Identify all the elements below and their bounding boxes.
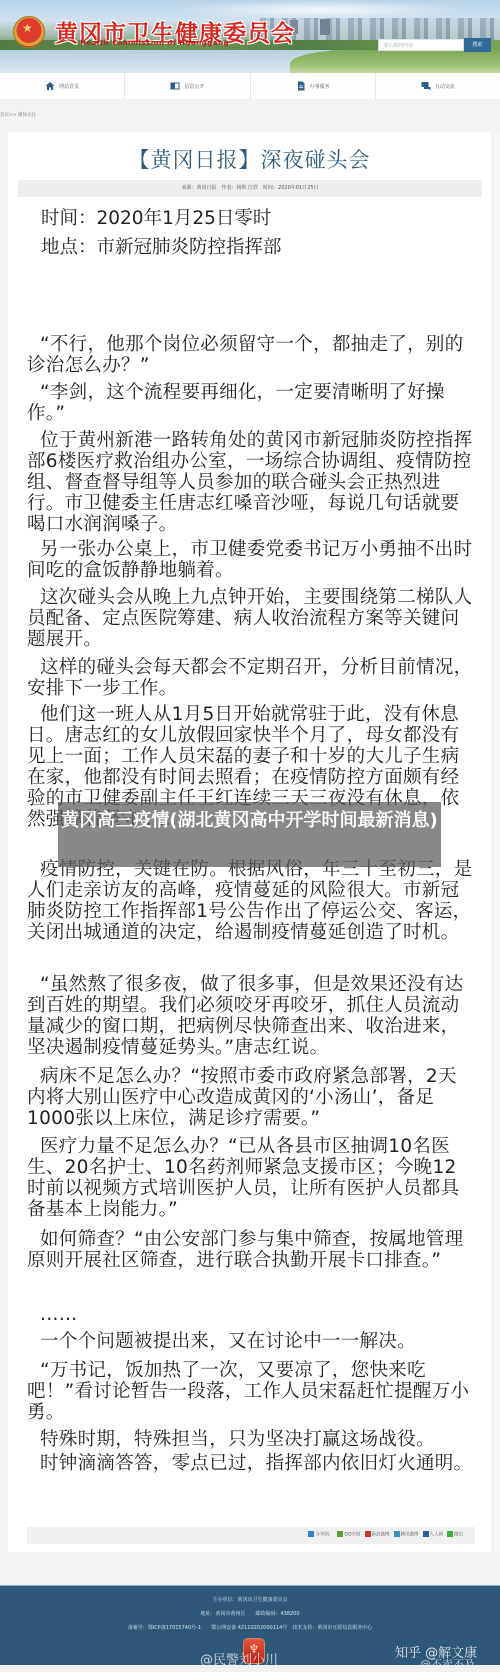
paragraph: 时钟滴滴答答，零点已过，指挥部内依旧灯火通明。 <box>27 1453 475 1474</box>
share-wechat[interactable]: 微信 <box>447 1531 463 1538</box>
paragraph: 另一张办公桌上，市卫健委党委书记万小勇抽不出时间吃的盒饭静静地躺着。 <box>27 539 475 581</box>
paragraph: 医疗力量不足怎么办？“已从各县市区抽调10名医生、20名护士、10名药剂师紧急支… <box>27 1136 475 1220</box>
search-input[interactable]: 请示我的内容 <box>378 39 464 51</box>
banner-tower <box>320 19 330 35</box>
site-footer: 主办单位：黄冈市卫生健康委员会 地址：黄冈市黄州区 邮政编码：438200 备案… <box>0 1585 500 1672</box>
footer-sponsor: 主办单位：黄冈市卫生健康委员会 <box>0 1596 500 1603</box>
footer-address: 地址：黄冈市黄州区 邮政编码：438200 <box>0 1610 500 1617</box>
paragraph: 如何筛查？“由公安部门参与集中筛查，按属地管理原则开展社区筛查，进行联合执勤开展… <box>27 1229 475 1271</box>
banner-water <box>0 50 330 73</box>
chat-icon <box>421 81 431 91</box>
caption-overlay: 黄冈高三疫情(湖北黄冈高中开学时间最新消息) <box>58 802 441 867</box>
national-emblem-icon: ★ <box>13 16 45 48</box>
footer-record[interactable]: 备案号：鄂ICP备17015740号-1 鄂公网安备 4211020200011… <box>0 1624 500 1631</box>
share-sina-weibo[interactable]: 新浪微博 <box>365 1531 390 1538</box>
share-bar: 分享到： QQ空间 新浪微博 腾讯微博 人人网 微信 <box>27 1527 475 1544</box>
paragraph: 这次碰头会从晚上九点钟开始，主要围绕第二梯队人员配备、定点医院筹建、病人收治流程… <box>27 587 475 650</box>
nav-item-interaction[interactable]: 互动交流 <box>376 73 500 99</box>
article-title: 【黄冈日报】深夜碰头会 <box>8 144 491 174</box>
share-qzone[interactable]: QQ空间 <box>337 1531 360 1538</box>
time-line: 时间：2020年1月25日零时 <box>41 204 282 233</box>
page-scrollbar[interactable] <box>494 132 500 1552</box>
paragraph: 一个个问题被提出来，又在讨论中一一解决。 <box>27 1331 475 1352</box>
document-icon <box>296 81 306 91</box>
banner-grass <box>290 50 500 73</box>
share-plus-icon <box>308 1531 314 1537</box>
paragraph: “万书记，饭加热了一次，又要凉了，您快来吃吧！”看讨论暂告一段落，工作人员宋磊赶… <box>27 1360 475 1423</box>
paragraph: 特殊时期，特殊担当，只为坚决打赢这场战役。 <box>27 1429 475 1450</box>
nav-label: 办事服务 <box>310 83 330 90</box>
paragraph: 病床不足怎么办？“按照市委市政府紧急部署，2天内将大别山医疗中心改造成黄冈的‘小… <box>27 1066 475 1129</box>
nav-item-info[interactable]: 信息公开 <box>125 73 250 99</box>
bottom-strip <box>0 1665 500 1672</box>
search-button[interactable]: 搜索 <box>464 38 491 52</box>
paragraph: “李剑，这个流程要再细化，一定要清晰明了好操作。” <box>27 382 475 424</box>
tencent-weibo-icon <box>394 1531 400 1537</box>
nav-item-services[interactable]: 办事服务 <box>251 73 376 99</box>
article-meta: 来源：黄冈日报 作者：杨辉 江欣 时间：2020年01月25日 <box>18 180 482 197</box>
sina-weibo-icon <box>365 1531 371 1537</box>
paragraph: 疫情防控，关键在防。根据风俗，年三十至初三，是人们走亲访友的高峰，疫情蔓延的风险… <box>27 859 475 943</box>
site-subtitle: Health Commission of Huanggang <box>80 39 229 47</box>
paragraph: 这样的碰头会每天都会不定期召开，分析目前情况，安排下一步工作。 <box>27 657 475 699</box>
nav-label: 信息公开 <box>184 83 204 90</box>
site-banner: ★ 黄冈市卫生健康委员会 Health Commission of Huangg… <box>0 0 500 73</box>
nav-label: 互动交流 <box>435 83 455 90</box>
share-label: 分享到： <box>308 1531 333 1538</box>
article-info: 时间：2020年1月25日零时 地点：市新冠肺炎防控指挥部 <box>41 204 282 262</box>
nav-item-home[interactable]: 网站首页 <box>0 73 125 99</box>
place-line: 地点：市新冠肺炎防控指挥部 <box>41 233 282 262</box>
renren-icon <box>423 1531 429 1537</box>
paragraph: …… <box>27 1304 475 1325</box>
share-renren[interactable]: 人人网 <box>423 1531 444 1538</box>
qzone-icon <box>337 1531 343 1537</box>
share-items: 分享到： QQ空间 新浪微博 腾讯微博 人人网 微信 <box>308 1531 463 1538</box>
paragraph: “不行，他那个岗位必须留守一个，都抽走了，别的诊治怎么办？” <box>27 334 475 376</box>
main-nav: 网站首页 信息公开 办事服务 互动交流 <box>0 73 500 99</box>
share-tencent-weibo[interactable]: 腾讯微博 <box>394 1531 419 1538</box>
breadcrumb[interactable]: 首页>> 媒体关注 <box>0 112 36 118</box>
book-icon <box>170 81 180 91</box>
home-icon <box>45 81 55 91</box>
nav-label: 网站首页 <box>59 83 79 90</box>
paragraph: “虽然熬了很多夜，做了很多事，但是效果还没有达到百姓的期望。我们必须咬牙再咬牙，… <box>27 974 475 1058</box>
wechat-icon <box>447 1531 453 1537</box>
paragraph: 位于黄州新港一路转角处的黄冈市新冠肺炎防控指挥部6楼医疗救治组办公室，一场综合协… <box>27 430 475 535</box>
